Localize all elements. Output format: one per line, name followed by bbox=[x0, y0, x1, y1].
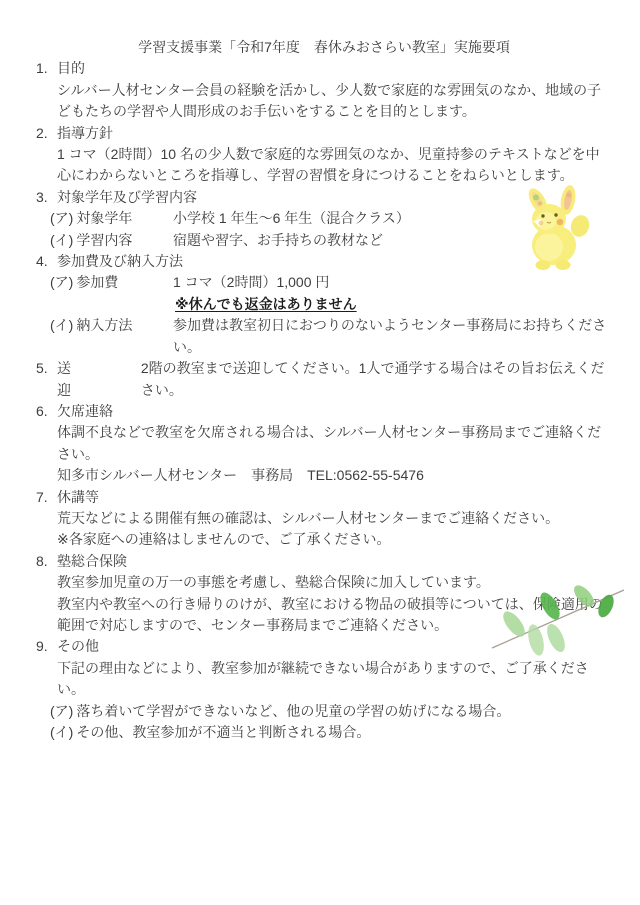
list-item-disturbance: (ア) 落ち着いて学習ができないなど、他の児童の学習の妨げになる場合。 bbox=[50, 701, 612, 722]
section-number: 7. bbox=[36, 487, 57, 508]
item-label: 納入方法 bbox=[76, 315, 132, 358]
list-item-payment-method: (イ) 納入方法 参加費は教室初日におつりのないようセンター事務局にお持ちくださ… bbox=[50, 315, 612, 358]
section-number: 8. bbox=[36, 551, 57, 572]
section-heading: 送迎 bbox=[57, 358, 83, 401]
item-value: 小学校 1 年生～6 年生（混合クラス） bbox=[173, 208, 612, 229]
section-number: 2. bbox=[36, 123, 57, 144]
section-paragraph: 1 コマ（2時間）10 名の少人数で家庭的な雰囲気のなか、児童持参のテキストなど… bbox=[57, 144, 612, 187]
section-purpose: 1. 目的 シルバー人材センター会員の経験を活かし、少人数で家庭的な雰囲気のなか… bbox=[36, 58, 612, 122]
list-item-learning-content: (イ) 学習内容 宿題や習字、お手持ちの教材など bbox=[50, 230, 612, 251]
section-heading: その他 bbox=[57, 636, 612, 657]
section-policy: 2. 指導方針 1 コマ（2時間）10 名の少人数で家庭的な雰囲気のなか、児童持… bbox=[36, 123, 612, 187]
item-marker: (イ) bbox=[50, 315, 73, 358]
contact-phone-line: 知多市シルバー人材センター 事務局 TEL:0562-55-5476 bbox=[57, 465, 612, 486]
section-target-grades: 3. 対象学年及び学習内容 (ア) 対象学年 小学校 1 年生～6 年生（混合ク… bbox=[36, 187, 612, 251]
list-item-inappropriate: (イ) その他、教室参加が不適当と判断される場合。 bbox=[50, 722, 612, 743]
item-marker: (ア) bbox=[50, 701, 73, 722]
item-value: 1 コマ（2時間）1,000 円 bbox=[173, 272, 612, 293]
item-label: 参加費 bbox=[76, 272, 118, 293]
section-number: 9. bbox=[36, 636, 57, 657]
section-heading: 参加費及び納入方法 bbox=[57, 251, 612, 272]
list-item-target-grade: (ア) 対象学年 小学校 1 年生～6 年生（混合クラス） bbox=[50, 208, 612, 229]
section-paragraph: シルバー人材センター会員の経験を活かし、少人数で家庭的な雰囲気のなか、地域の子ど… bbox=[57, 80, 612, 123]
section-heading: 対象学年及び学習内容 bbox=[57, 187, 612, 208]
item-text: 落ち着いて学習ができないなど、他の児童の学習の妨げになる場合。 bbox=[76, 701, 510, 722]
item-value: 参加費は教室初日におつりのないようセンター事務局にお持ちください。 bbox=[173, 315, 612, 358]
section-paragraph: 教室内や教室への行き帰りのけが、教室における物品の破損等については、保険適用の範… bbox=[57, 594, 612, 637]
section-insurance: 8. 塾総合保険 教室参加児童の万一の事態を考慮し、塾総合保険に加入しています。… bbox=[36, 551, 612, 637]
document-page: 学習支援事業「令和7年度 春休みおさらい教室」実施要項 1. 目的 シルバー人材… bbox=[0, 0, 640, 905]
item-marker: (ア) bbox=[50, 208, 73, 229]
item-value: 宿題や習字、お手持ちの教材など bbox=[173, 230, 612, 251]
item-label: 対象学年 bbox=[76, 208, 132, 229]
section-number: 4. bbox=[36, 251, 57, 272]
section-paragraph: 教室参加児童の万一の事態を考慮し、塾総合保険に加入しています。 bbox=[57, 572, 612, 593]
section-heading: 指導方針 bbox=[57, 123, 612, 144]
item-marker: (イ) bbox=[50, 230, 73, 251]
section-inline-text: 2階の教室まで送迎してください。1人で通学する場合はその旨お伝えください。 bbox=[141, 358, 612, 401]
section-number: 3. bbox=[36, 187, 57, 208]
document-body: 学習支援事業「令和7年度 春休みおさらい教室」実施要項 1. 目的 シルバー人材… bbox=[0, 0, 640, 743]
document-title: 学習支援事業「令和7年度 春休みおさらい教室」実施要項 bbox=[36, 37, 612, 58]
spacer bbox=[83, 358, 141, 401]
section-cancellation: 7. 休講等 荒天などによる開催有無の確認は、シルバー人材センターまでご連絡くだ… bbox=[36, 487, 612, 551]
item-marker: (ア) bbox=[50, 272, 73, 293]
section-pickup: 5. 送迎 2階の教室まで送迎してください。1人で通学する場合はその旨お伝えくだ… bbox=[36, 358, 612, 401]
section-other: 9. その他 下記の理由などにより、教室参加が継続できない場合がありますので、ご… bbox=[36, 636, 612, 743]
item-marker: (イ) bbox=[50, 722, 73, 743]
section-paragraph: 荒天などによる開催有無の確認は、シルバー人材センターまでご連絡ください。 bbox=[57, 508, 612, 529]
item-label: 学習内容 bbox=[76, 230, 132, 251]
section-paragraph: 下記の理由などにより、教室参加が継続できない場合がありますので、ご了承ください。 bbox=[57, 658, 612, 701]
section-number: 1. bbox=[36, 58, 57, 79]
section-number: 6. bbox=[36, 401, 57, 422]
section-heading: 塾総合保険 bbox=[57, 551, 612, 572]
section-fee: 4. 参加費及び納入方法 (ア) 参加費 1 コマ（2時間）1,000 円 ※休… bbox=[36, 251, 612, 358]
section-paragraph: 体調不良などで教室を欠席される場合は、シルバー人材センター事務局までご連絡くださ… bbox=[57, 422, 612, 465]
section-number: 5. bbox=[36, 358, 57, 379]
section-heading: 休講等 bbox=[57, 487, 612, 508]
item-text: その他、教室参加が不適当と判断される場合。 bbox=[76, 722, 370, 743]
section-heading: 目的 bbox=[57, 58, 612, 79]
section-paragraph: ※各家庭への連絡はしませんので、ご了承ください。 bbox=[57, 529, 612, 550]
section-absence-contact: 6. 欠席連絡 体調不良などで教室を欠席される場合は、シルバー人材センター事務局… bbox=[36, 401, 612, 487]
section-heading: 欠席連絡 bbox=[57, 401, 612, 422]
list-item-fee: (ア) 参加費 1 コマ（2時間）1,000 円 bbox=[50, 272, 612, 293]
no-refund-note: ※休んでも返金はありません bbox=[175, 294, 612, 315]
